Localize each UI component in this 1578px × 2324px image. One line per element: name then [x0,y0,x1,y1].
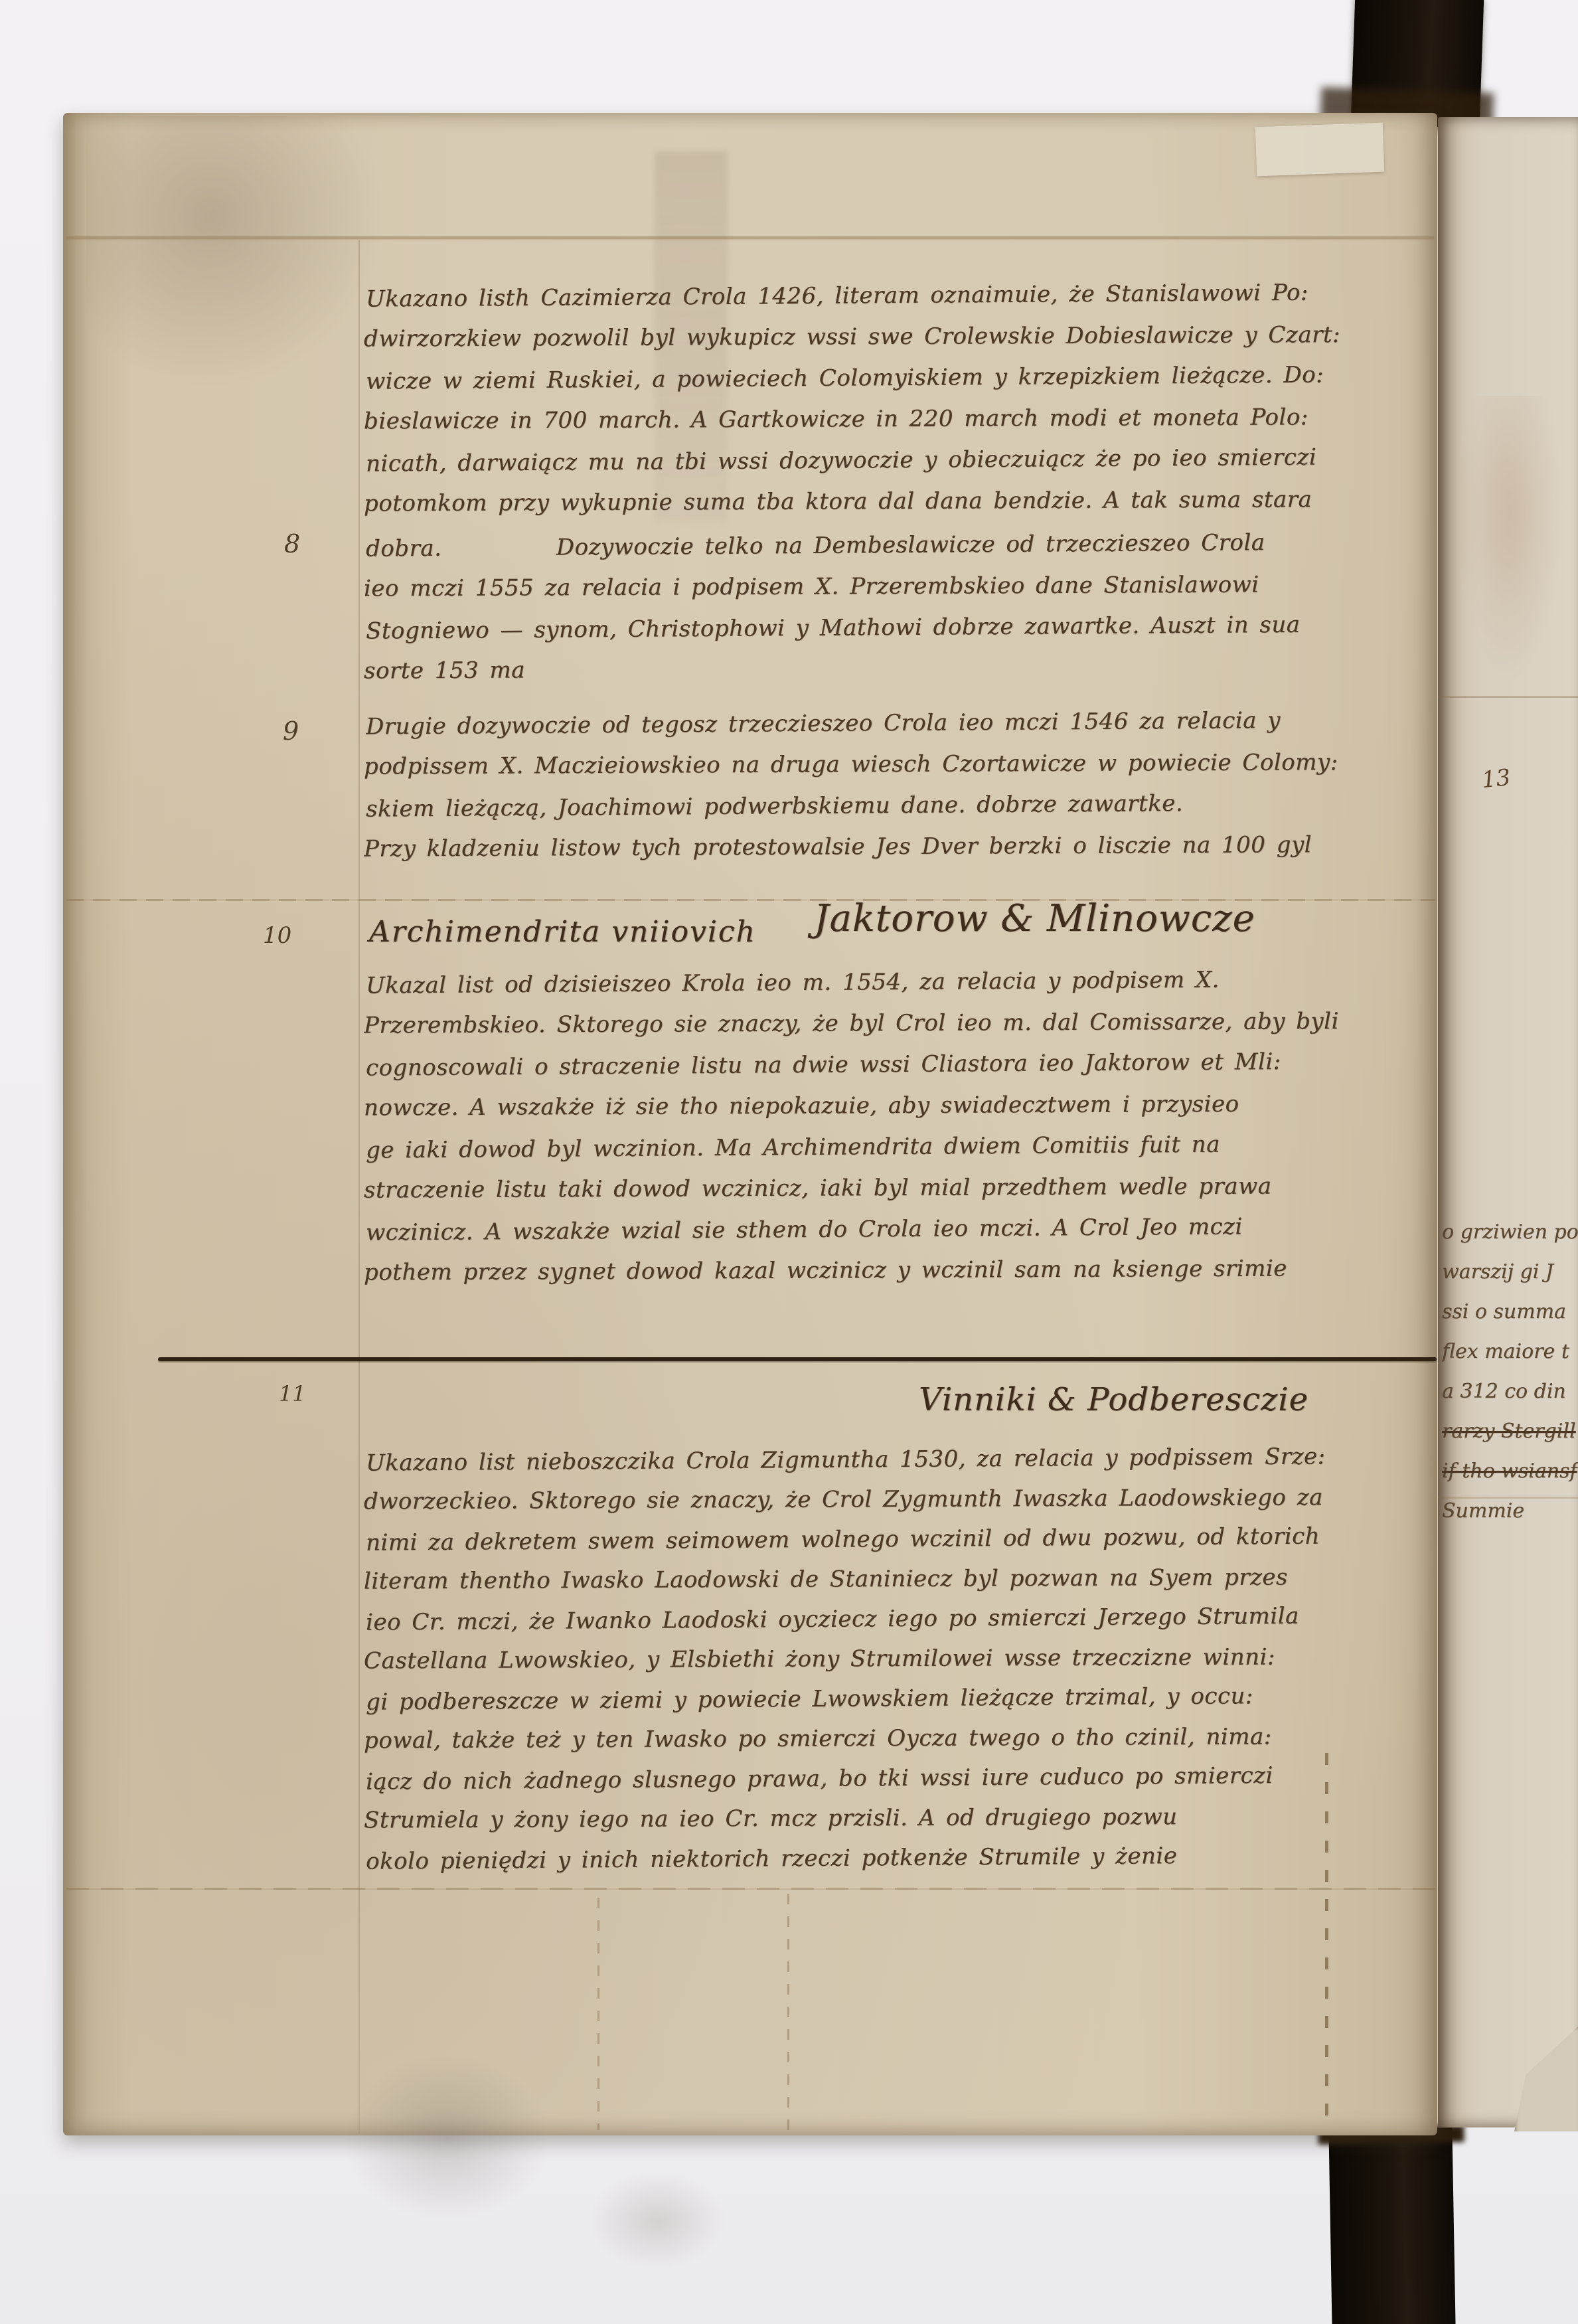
manuscript-line: literam thentho Iwasko Laodowski de Stan… [364,1556,1434,1601]
entry-paragraph-8: dobra. Dozywoczie telko na Dembeslawicze… [364,525,1433,689]
manuscript-line: dobra. Dozywoczie telko na Dembeslawicze… [366,525,1433,570]
facing-page-line: rarzy Stergill [1442,1412,1578,1452]
deckle-edge [63,113,88,2135]
scanned-manuscript-photo: 13 o grziwien po warszij gi J ssi o summ… [0,0,1578,2324]
facing-page-line: a 312 co din [1442,1372,1578,1412]
manuscript-line: podpissem X. Maczieiowskieo na druga wie… [364,741,1433,787]
manuscript-line: cognoscowali o straczenie listu na dwie … [366,1040,1434,1088]
manuscript-line: Castellana Lwowskieo, y Elsbiethi żony S… [364,1636,1434,1681]
manuscript-line: dwirzorzkiew pozwolil byl wykupicz wssi … [364,313,1433,359]
manuscript-line: Ukazano list nieboszczika Crola Zigmunth… [366,1440,1434,1483]
section-heading-archimendrita: Archimendrita vniiovich [369,915,756,950]
manuscript-line: ieo Cr. mczi, że Iwanko Laodoski oycziec… [366,1595,1434,1642]
manuscript-line: Ukazano listh Cazimierza Crola 1426, lit… [366,275,1433,320]
margin-number-8: 8 [284,531,300,556]
spine-strap-top [1351,0,1484,128]
manuscript-line: skiem lieżączą, Joachimowi podwerbskiemu… [366,781,1433,829]
facing-page-line: if tho wsiansf [1442,1452,1578,1491]
entry-paragraph-10: Ukazal list od dzisieiszeo Krola ieo m. … [364,961,1434,1291]
manuscript-line: Przerembskieo. Sktorego sie znaczy, że b… [364,1000,1434,1046]
manuscript-line: nicath, darwaiącz mu na tbi wssi dozywoc… [366,436,1433,484]
manuscript-line: nowcze. A wszakże iż sie tho niepokazuie… [364,1082,1434,1128]
manuscript-line: dworzeckieo. Sktorego sie znaczy, że Cro… [364,1477,1434,1521]
manuscript-line: Przy kladzeniu listow tych protestowalsi… [364,823,1433,867]
entry-paragraph-11: Ukazano list nieboszczika Crola Zigmunth… [364,1440,1434,1878]
manuscript-line: ge iaki dowod byl wczinion. Ma Archimend… [366,1122,1434,1171]
facing-page-line: Summie [1442,1491,1578,1531]
manuscript-line: straczenie listu taki dowod wczinicz, ia… [364,1165,1434,1210]
torn-corner [1514,2027,1578,2131]
manuscript-line: wicze w ziemi Ruskiei, a powieciech Colo… [366,353,1433,402]
manuscript-line: okolo pieniędzi y inich niektorich rzecz… [366,1834,1434,1878]
facing-page-text-fragments: o grziwien po warszij gi J ssi o summa f… [1442,1212,1578,1531]
manuscript-line: wczinicz. A wszakże wzial sie sthem do C… [366,1204,1434,1253]
manuscript-line: gi podbereszcze w ziemi y powiecie Lwows… [366,1675,1434,1722]
section-heading-vinniki: Vinniki & Podberesczie [919,1381,1308,1418]
manuscript-line: pothem przez sygnet dowod kazal wczinicz… [364,1247,1434,1291]
entry-paragraph-9: Drugie dozywoczie od tegosz trzeczieszeo… [364,703,1433,867]
paper-stain [588,2171,727,2271]
manuscript-line: Stogniewo — synom, Christophowi y Mathow… [366,603,1433,651]
facing-page-margin-number: 13 [1480,766,1512,791]
manuscript-line: sorte 153 ma [364,645,1433,689]
tape-patch [1255,123,1384,177]
manuscript-line: powal, także też y ten Iwasko po smiercz… [364,1716,1434,1760]
facing-page-line: o grziwien po [1442,1212,1578,1252]
facing-page-ruled-line [1438,696,1578,698]
entry-paragraph-top: Ukazano listh Cazimierza Crola 1426, lit… [364,275,1433,522]
margin-number-9: 9 [283,718,299,744]
manuscript-line: bieslawicze in 700 march. A Gartkowicze … [364,396,1433,442]
manuscript-line: iącz do nich żadnego slusnego prawa, bo … [366,1754,1434,1801]
manuscript-line: potomkom przy wykupnie suma tba ktora da… [364,478,1433,522]
manuscript-line: Drugie dozywoczie od tegosz trzeczieszeo… [366,703,1433,748]
manuscript-line: Strumiela y żony iego na ieo Cr. mcz prz… [364,1795,1434,1840]
manuscript-line: nimi za dekretem swem seimowem wolnego w… [366,1515,1434,1562]
manuscript-line: Ukazal list od dzisieiszeo Krola ieo m. … [366,961,1434,1007]
margin-number-10: 10 [263,923,291,948]
facing-page-line: ssi o summa [1442,1292,1578,1332]
spine-strap-bottom [1328,2127,1455,2324]
manuscript-line: ieo mczi 1555 za relacia i podpisem X. P… [364,563,1433,609]
paper-stain [1455,396,1564,688]
section-heading-jaktorow: Jaktorow & Mlinowcze [814,898,1255,940]
facing-page: 13 o grziwien po warszij gi J ssi o summ… [1438,117,1578,2127]
facing-page-line: warszij gi J [1442,1252,1578,1292]
margin-number-11: 11 [279,1381,306,1406]
facing-page-line: flex maiore t [1442,1332,1578,1372]
